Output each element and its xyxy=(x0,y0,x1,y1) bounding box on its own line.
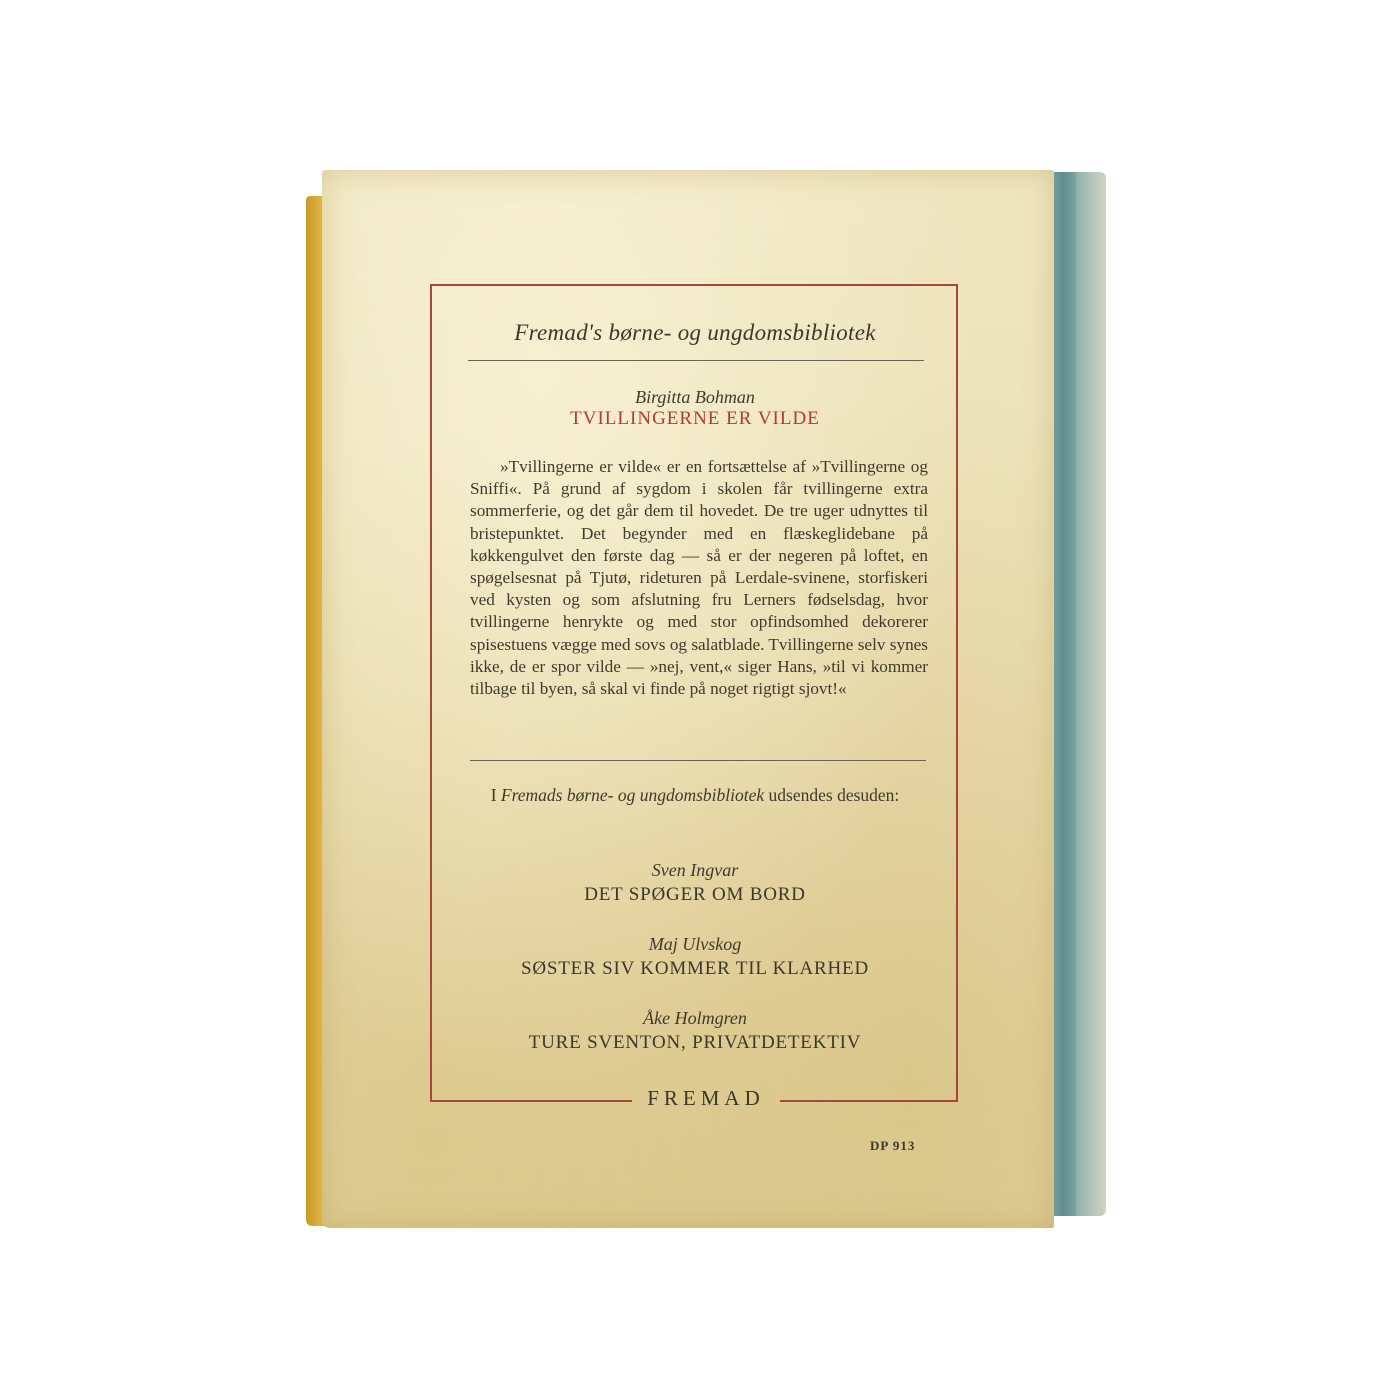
series-header: Fremad's børne- og ungdomsbibliotek xyxy=(440,320,950,346)
featured-author: Birgitta Bohman xyxy=(440,387,950,408)
publisher-name: FREMAD xyxy=(632,1086,780,1111)
also-published-intro: I Fremads børne- og ungdomsbibliotek uds… xyxy=(450,784,940,807)
intro-series-name: Fremads børne- og ungdomsbibliotek xyxy=(501,785,764,805)
book-1-author: Sven Ingvar xyxy=(440,860,950,881)
book-2-author: Maj Ulvskog xyxy=(440,934,950,955)
frame-bottom-rule-left xyxy=(430,1100,632,1102)
book-3-author: Åke Holmgren xyxy=(440,1008,950,1029)
featured-blurb: »Tvillingerne er vilde« er en fortsættel… xyxy=(470,456,928,700)
divider-middle xyxy=(470,760,926,761)
frame-bottom-rule-right xyxy=(780,1100,958,1102)
featured-title: TVILLINGERNE ER VILDE xyxy=(440,408,950,430)
intro-prefix: I xyxy=(491,785,497,805)
divider-top xyxy=(468,360,924,361)
book-2-title: SØSTER SIV KOMMER TIL KLARHED xyxy=(440,958,950,980)
book-1-title: DET SPØGER OM BORD xyxy=(440,884,950,906)
catalog-code: DP 913 xyxy=(870,1138,915,1154)
book-3-title: TURE SVENTON, PRIVATDETEKTIV xyxy=(440,1032,950,1054)
intro-suffix: udsendes desuden: xyxy=(769,785,900,805)
book-back-cover-photo: Fremad's børne- og ungdomsbibliotek Birg… xyxy=(0,0,1392,1392)
